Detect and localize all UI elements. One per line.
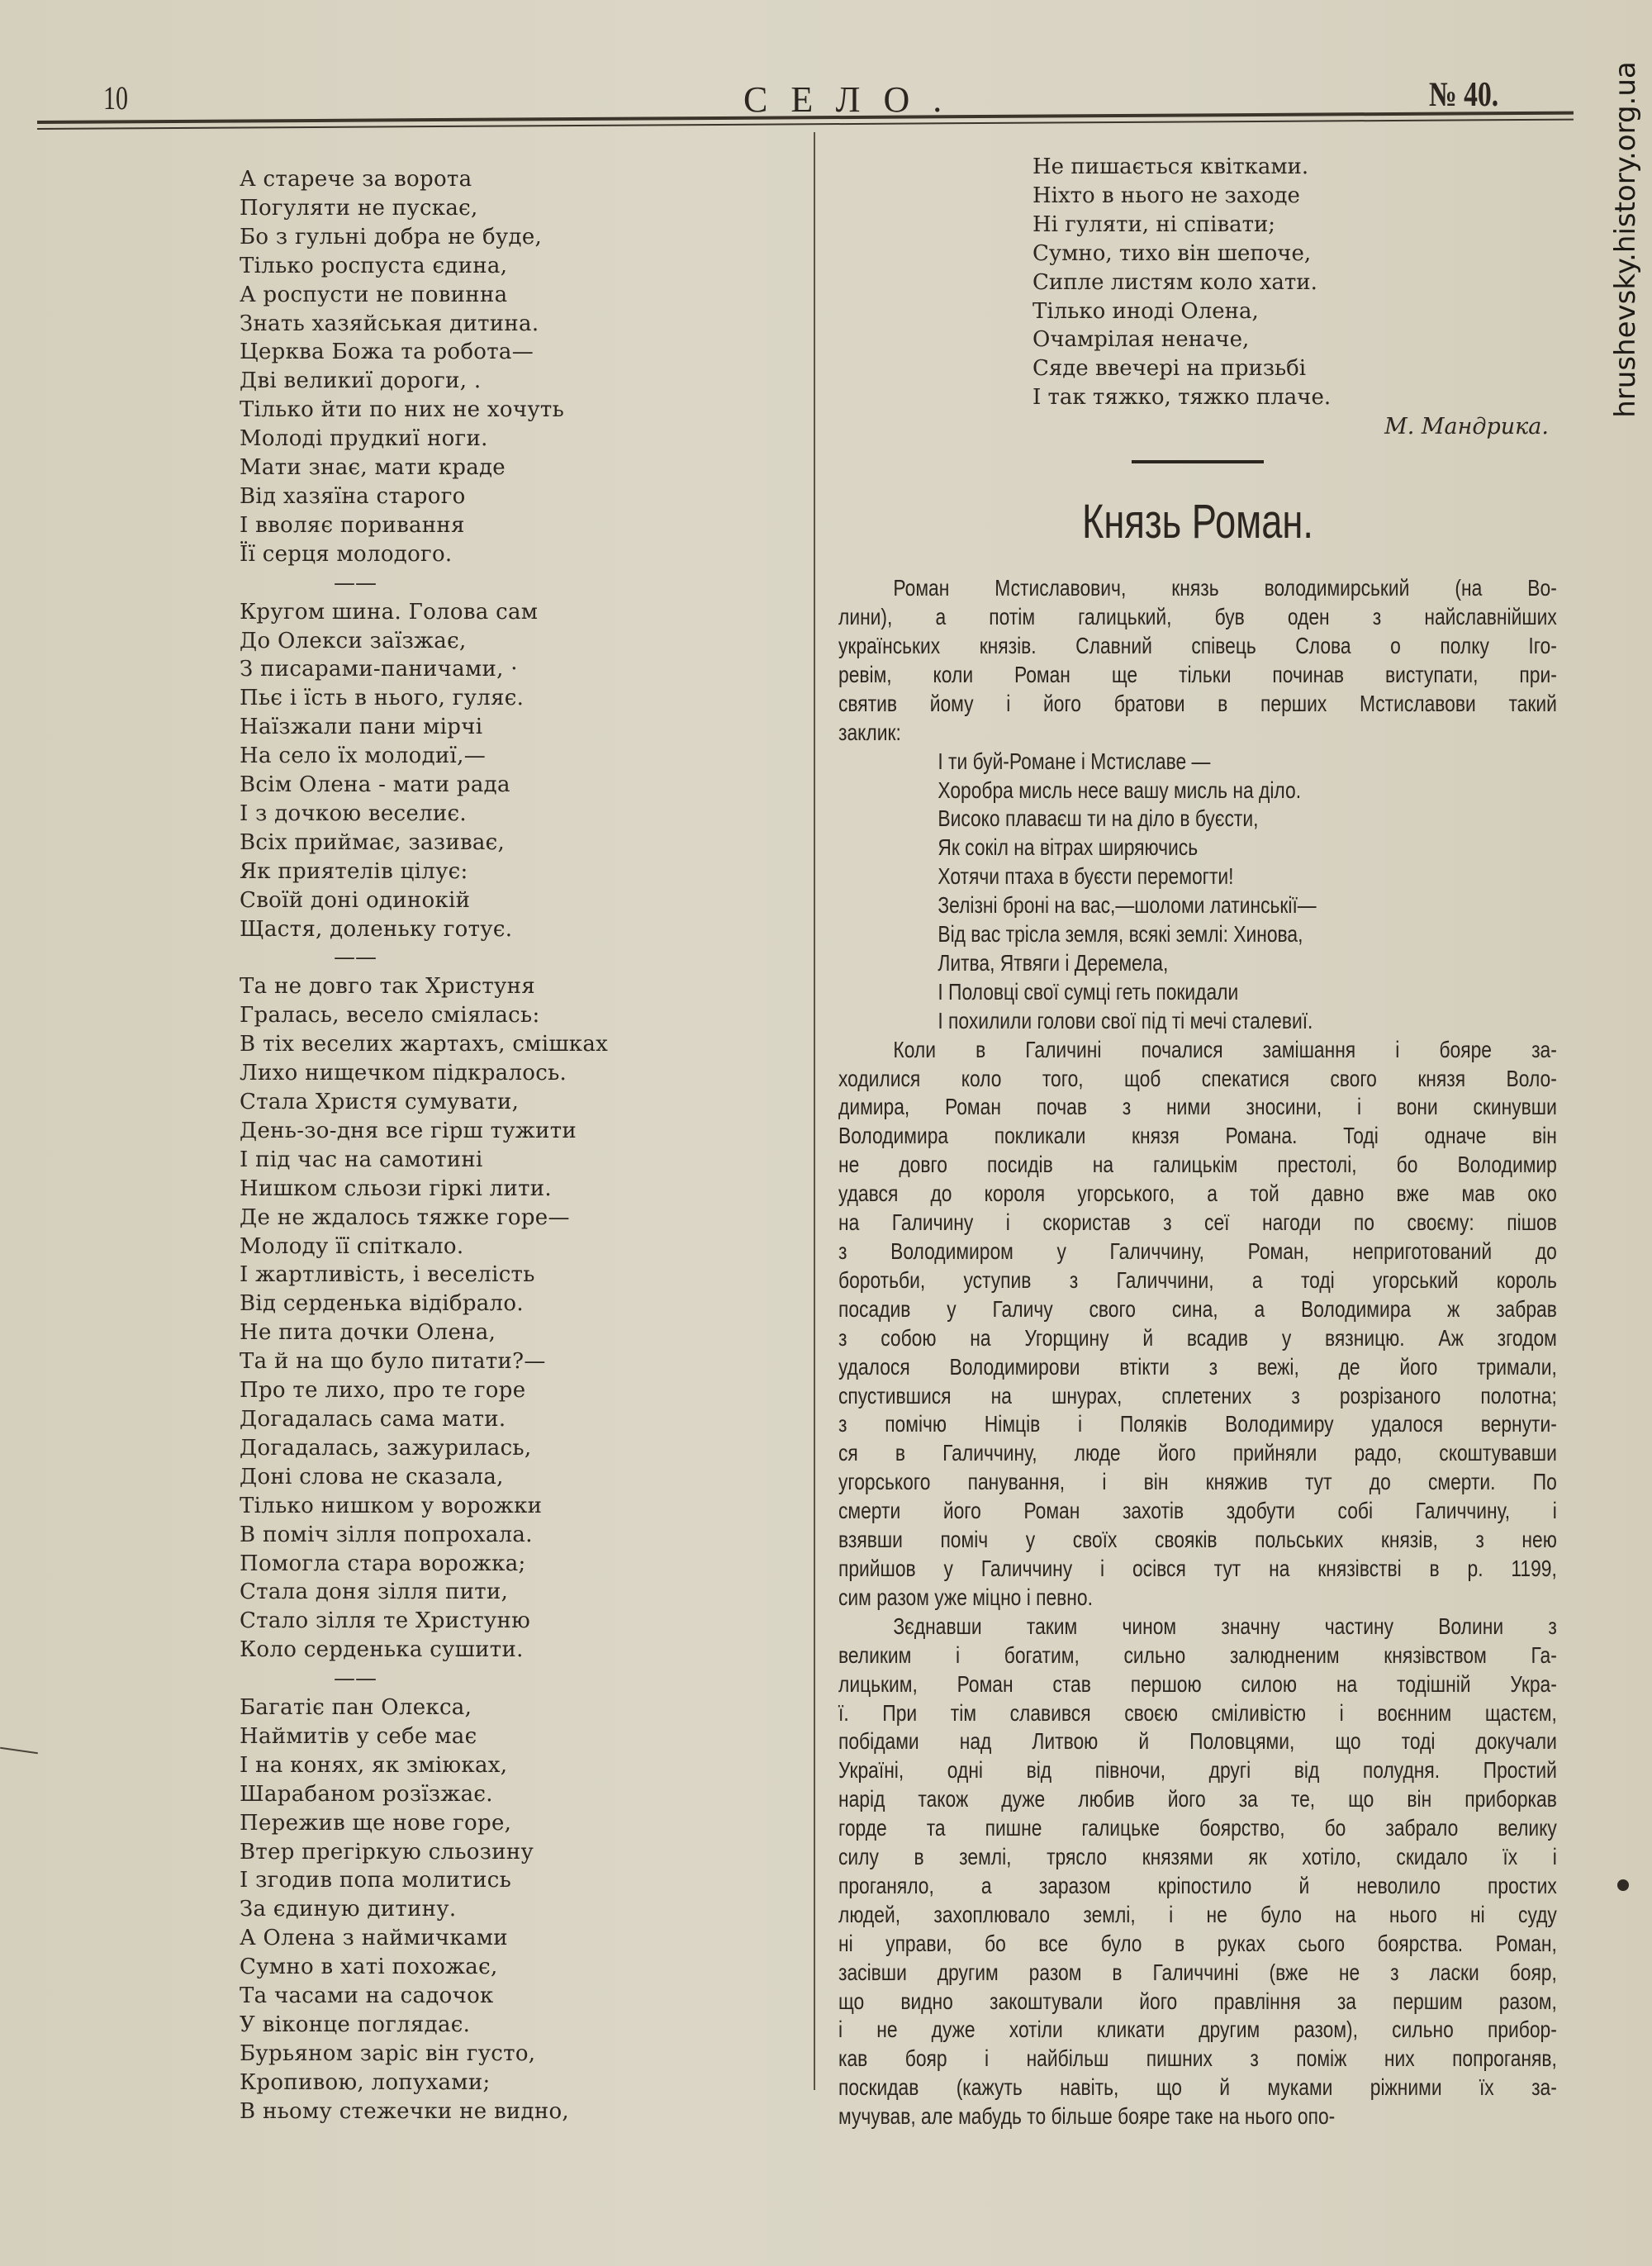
article-paragraph-3: Зєднавши таким чином значну частину Воли…: [838, 1613, 1557, 2131]
prose-line: великим і богатим, сильно залюдненим кня…: [838, 1641, 1557, 1670]
prose-line: з помічю Німців і Поляків Володимиру уда…: [838, 1410, 1557, 1439]
poem-line: І згодив попа молитись: [240, 1866, 653, 1895]
poem-line: Як приятелів цілує:: [240, 857, 653, 886]
poem-line: Наймитів у себе має: [240, 1722, 653, 1751]
prose-line: з собою на Угорщину й всадив у вязницю. …: [838, 1324, 1557, 1353]
poem-line: Сумно в хаті похожає,: [240, 1953, 653, 1982]
poem-line: Та не довго так Христуня: [240, 972, 653, 1001]
poem-line: Не пита дочки Олена,: [240, 1318, 653, 1347]
prose-line: угорського панування, і він княжив тут д…: [838, 1468, 1557, 1497]
poem-line: Тілько роспуста єдина,: [240, 252, 653, 281]
poem-line: Погуляти не пускає,: [240, 194, 653, 223]
poem-line: Лихо нищечком підкралось.: [240, 1059, 653, 1088]
poem-line: Доні слова не сказала,: [240, 1463, 653, 1492]
poem-line: Тілько иноді Олена,: [838, 297, 1557, 326]
poem-line: Церква Божа та робота—: [240, 338, 653, 367]
watermark-text: hrushevsky.history.org.ua: [1609, 61, 1642, 418]
poem-line: І так тяжко, тяжко плаче.: [838, 383, 1557, 412]
poem-line: На село їх молодиї,—: [240, 742, 653, 771]
prose-line: горде та пишне галицьке боярство, бо заб…: [838, 1814, 1557, 1843]
prose-line: взявши поміч у своїх свояків польських к…: [838, 1526, 1557, 1555]
poem-line: Гралась, весело сміялась:: [240, 1001, 653, 1030]
poem-line: Пережив ще нове горе,: [240, 1809, 653, 1838]
quote-line: І Половці свої сумці геть покидали: [938, 978, 1435, 1007]
quote-line: Хотячи птаха в буєсти перемогти!: [938, 862, 1435, 891]
newspaper-title: СЕЛО.: [743, 78, 965, 121]
poem-line: Мати знає, мати краде: [240, 454, 653, 482]
poem-line: А старече за ворота: [240, 165, 653, 194]
prose-line: поскидав (кажуть навіть, що й муками ріж…: [838, 2074, 1557, 2102]
prose-line: Україні, одні від півночи, другі від пол…: [838, 1756, 1557, 1785]
column-divider: [814, 132, 815, 2090]
poem-line: Тілько йти по них не хочуть: [240, 396, 653, 425]
prose-line: ходилися коло того, щоб спекатися свого …: [838, 1065, 1557, 1094]
prose-line: з Володимиром у Галиччину, Роман, неприг…: [838, 1238, 1557, 1266]
prose-line: засівши другим разом в Галиччині (вже не…: [838, 1959, 1557, 1988]
poem-line: І з дочкою веселиє.: [240, 800, 653, 829]
article-paragraph-1: Роман Мстиславович, князь володимирський…: [838, 574, 1557, 747]
poem-line: Сипле листям коло хати.: [838, 268, 1557, 297]
poem-line: До Олекси заїзжає,: [240, 627, 653, 656]
poem-line: Стало зілля те Христуню: [240, 1607, 653, 1636]
page-number: 10: [103, 78, 128, 117]
prose-line: нарід також дуже любив його за те, що ві…: [838, 1785, 1557, 1814]
quote-line: І похилили голови свої під ті мечі стале…: [938, 1007, 1435, 1036]
article-title: Князь Роман.: [918, 493, 1479, 551]
prose-line: ся в Галиччину, люде його прийняли радо,…: [838, 1439, 1557, 1468]
prose-line: димира, Роман почав з ними зносини, і во…: [838, 1093, 1557, 1122]
prose-line: удалося Володимирови втікти з вежі, де й…: [838, 1353, 1557, 1382]
article-paragraph-2: Коли в Галичині почалися замішання і боя…: [838, 1036, 1557, 1613]
stanza-separator: ——: [240, 569, 471, 598]
stanza-separator: ——: [240, 943, 471, 972]
prose-line: сим разом уже міцно і певно.: [838, 1584, 1557, 1613]
prose-line: прийшов у Галиччину і осівся тут на княз…: [838, 1555, 1557, 1584]
poem-line: Ніхто в нього не заходе: [838, 182, 1557, 211]
poem-line: Не пишається квітками.: [838, 153, 1557, 182]
poem-line: Сумно, тихо він шепоче,: [838, 240, 1557, 268]
section-divider: [1132, 460, 1264, 463]
poem-line: За єдиную дитину.: [240, 1895, 653, 1924]
prose-line: мучував, але мабудь то більше бояре таке…: [838, 2102, 1557, 2131]
prose-line: смерти його Роман захотів здобути собі Г…: [838, 1497, 1557, 1526]
poem-line: У віконце поглядає.: [240, 2011, 653, 2040]
poem-line: Догадалась, зажурилась,: [240, 1434, 653, 1463]
poem-line: Її серця молодого.: [240, 540, 653, 569]
poem-line: Пьє і їсть в нього, гуляє.: [240, 684, 653, 713]
poem-line: І жартливість, і веселість: [240, 1261, 653, 1290]
poem-line: Кругом шина. Голова сам: [240, 598, 653, 627]
quote-line: Литва, Ятвяги і Деремела,: [938, 949, 1435, 978]
poem-line: Всім Олена - мати рада: [240, 771, 653, 800]
poem-line: Де не ждалось тяжке горе—: [240, 1204, 653, 1233]
poem-line: Нишком сльози гіркі лити.: [240, 1175, 653, 1204]
prose-line: ї. При тім славився своєю сміливістю і в…: [838, 1699, 1557, 1728]
poem-line: Від серденька відібрало.: [240, 1290, 653, 1318]
prose-line: не довго посидів на галицькім престолі, …: [838, 1151, 1557, 1180]
prose-line: побідами над Литвою й Половцями, що тоді…: [838, 1727, 1557, 1756]
poem-line: Очамрілая неначе,: [838, 325, 1557, 354]
right-column: Не пишається квітками.Ніхто в нього не з…: [838, 153, 1557, 2131]
prose-line: боротьби, уступив з Галиччини, а тоді уг…: [838, 1266, 1557, 1295]
quote-line: І ти буй-Романе і Мстиславе —: [938, 748, 1435, 777]
poem-column-left: А старече за воротаПогуляти не пускає,Бо…: [240, 165, 653, 2126]
poem-line: Та часами на садочок: [240, 1982, 653, 2011]
prose-line: посадив у Галичу свого сина, а Володимир…: [838, 1295, 1557, 1324]
poem-line: Стала доня зілля пити,: [240, 1578, 653, 1607]
newspaper-page: 10 СЕЛО. № 40. hrushevsky.history.org.ua…: [0, 0, 1652, 2266]
article-quote: І ти буй-Романе і Мстиславе —Хоробра мис…: [838, 748, 1435, 1036]
issue-number: № 40.: [1429, 75, 1498, 115]
prose-line: удався до короля угорського, а той давно…: [838, 1180, 1557, 1209]
poem-line: В ньому стежечки не видно,: [240, 2097, 653, 2126]
poem-line: В поміч зілля попрохала.: [240, 1521, 653, 1550]
prose-line: ні управи, бо все було в руках сього боя…: [838, 1930, 1557, 1959]
poem-line: З писарами-паничами, ·: [240, 655, 653, 684]
poem-line: Ні гуляти, ні співати;: [838, 211, 1557, 240]
prose-line: і не дуже хотіли кликати другим разом), …: [838, 2016, 1557, 2045]
prose-line: українських князів. Славний співець Слов…: [838, 632, 1557, 661]
prose-line: що видно закоштували його правління за п…: [838, 1988, 1557, 2017]
poem-line: Бурьяном заріс він густо,: [240, 2040, 653, 2069]
quote-line: Хоробра мисль несе вашу мисль на діло.: [938, 777, 1435, 805]
poem-continuation: Не пишається квітками.Ніхто в нього не з…: [838, 153, 1557, 412]
prose-line: спустившися на шнурах, сплетених з розрі…: [838, 1382, 1557, 1411]
stanza-separator: ——: [240, 1665, 471, 1694]
poem-line: Молоду її спіткало.: [240, 1233, 653, 1261]
poem-line: Всіх приймає, зазиває,: [240, 829, 653, 857]
poem-line: В тіх веселих жартахъ, смішках: [240, 1030, 653, 1059]
poem-line: Коло серденька сушити.: [240, 1636, 653, 1665]
poem-line: Молоді прудкиї ноги.: [240, 425, 653, 454]
prose-line: Роман Мстиславович, князь володимирський…: [838, 574, 1557, 603]
quote-line: Високо плаваєш ти на діло в буєсти,: [938, 805, 1435, 834]
poem-line: Сяде ввечері на призьбі: [838, 354, 1557, 383]
prose-line: ревім, коли Роман ще тільки починав вист…: [838, 661, 1557, 690]
poem-line: Багатіє пан Олекса,: [240, 1694, 653, 1722]
poem-line: Від хазяїна старого: [240, 482, 653, 511]
poem-line: Та й на що було питати?—: [240, 1347, 653, 1376]
poem-line: І на конях, як зміюках,: [240, 1751, 653, 1780]
watermark: hrushevsky.history.org.ua: [1609, 45, 1642, 434]
prose-line: силу в землі, трясло князями як хотіло, …: [838, 1843, 1557, 1872]
poem-line: Догадалась сама мати.: [240, 1405, 653, 1434]
prose-line: лицьким, Роман став першою силою на тоді…: [838, 1670, 1557, 1699]
poem-line: А роспусти не повинна: [240, 281, 653, 310]
poem-line: Бо з гульні добра не буде,: [240, 223, 653, 252]
poem-line: Тілько нишком у ворожки: [240, 1492, 653, 1521]
poem-line: Стала Христя сумувати,: [240, 1088, 653, 1117]
poem-line: Своїй доні одинокій: [240, 886, 653, 915]
prose-line: Володимира покликали князя Романа. Тоді …: [838, 1122, 1557, 1151]
prose-line: на Галичину і скористав з сеї нагоди по …: [838, 1209, 1557, 1238]
poem-line: І під час на самотині: [240, 1146, 653, 1175]
poem-line: А Олена з наймичками: [240, 1924, 653, 1953]
quote-line: Як сокіл на вітрах ширяючись: [938, 834, 1435, 862]
ink-spot: [1617, 1879, 1629, 1891]
poem-line: Наїзжали пани мірчі: [240, 713, 653, 742]
prose-line: людей, захоплювало землі, і не було на н…: [838, 1901, 1557, 1930]
prose-line: Зєднавши таким чином значну частину Воли…: [838, 1613, 1557, 1641]
margin-mark: [0, 1747, 38, 1754]
prose-line: проганяло, а заразом кріпостило й неволи…: [838, 1872, 1557, 1901]
poem-line: День-зо-дня все гірш тужити: [240, 1117, 653, 1146]
prose-line: Коли в Галичині почалися замішання і боя…: [838, 1036, 1557, 1065]
quote-line: Зелізні броні на вас,—шоломи латинськії—: [938, 891, 1435, 920]
prose-line: кав бояр і найбільш пишних з поміж них п…: [838, 2045, 1557, 2074]
poem-line: Знать хазяйськая дитина.: [240, 310, 653, 339]
prose-line: лини), а потім галицький, був оден з най…: [838, 603, 1557, 632]
poem-line: Втер прегіркую сльозину: [240, 1838, 653, 1867]
quote-line: Від вас трісла земля, всякі землі: Хинов…: [938, 920, 1435, 949]
poem-line: Дві великиї дороги, .: [240, 367, 653, 396]
prose-line: заклик:: [838, 719, 1557, 748]
poem-line: Шарабаном розїзжає.: [240, 1780, 653, 1809]
poem-line: Кропивою, лопухами;: [240, 2069, 653, 2097]
poem-line: І вволяє поривання: [240, 511, 653, 540]
poem-line: Помогла стара ворожка;: [240, 1550, 653, 1579]
poem-line: Щастя, доленьку готує.: [240, 915, 653, 944]
poem-line: Про те лихо, про те горе: [240, 1376, 653, 1405]
poem-signature: М. Мандрика.: [838, 412, 1557, 442]
prose-line: святив йому і його братови в перших Мсти…: [838, 690, 1557, 719]
